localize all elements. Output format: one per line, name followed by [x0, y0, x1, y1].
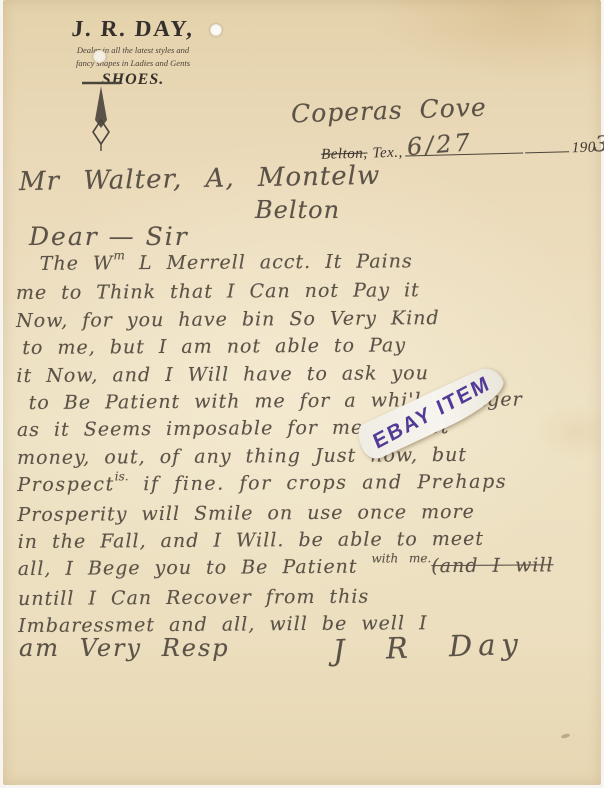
letterhead-tagline-line2: fancy shapes in Ladies and Gents: [53, 58, 213, 68]
letter-body: The Wm L Merrell acct. It Painsme to Thi…: [16, 247, 601, 641]
date-blank-line: 6/27: [405, 152, 523, 156]
recipient-place: Belton: [255, 196, 340, 224]
body-line: as it Seems imposable for me to Get: [17, 413, 599, 444]
body-line: untill I Can Recover from this: [18, 582, 600, 613]
handwritten-year-digit: 3: [593, 132, 604, 158]
recipient-name: Mr Walter, A, Montelw: [19, 161, 381, 197]
body-line: Prosperity will Smile on use once more: [17, 498, 599, 529]
hole-punch: [210, 24, 222, 36]
signature: J R Day: [332, 627, 524, 668]
paper-blemish: [93, 50, 106, 63]
letterhead: J. R. DAY, Dealer in all the latest styl…: [53, 16, 213, 89]
body-line: Now, for you have bin So Very Kind: [16, 304, 598, 335]
date-blank-line-2: [525, 151, 569, 153]
body-line: all, I Bege you to Be Patient with me.(a…: [18, 552, 600, 585]
body-line: money, out, of any thing Just now, but: [17, 441, 599, 472]
body-line: to me, but I am not able to Pay: [22, 331, 598, 362]
body-line: Prospectis. if fine. for crops and Preha…: [17, 468, 599, 501]
paper-speck: [561, 733, 571, 739]
letterhead-company-name: J. R. DAY,: [52, 16, 214, 42]
body-line: in the Fall, and I Will. be able to meet: [18, 525, 600, 556]
closing-text: am Very Resp: [19, 634, 230, 662]
letterhead-tagline-line1: Dealer in all the latest styles and: [53, 45, 213, 55]
handwritten-place: Coperas Cove: [291, 93, 488, 129]
letter-paper: J. R. DAY, Dealer in all the latest styl…: [3, 0, 601, 785]
handwritten-date: 6/27: [406, 128, 474, 161]
dateline: Belton, Tex., 6/27 190 3: [321, 132, 604, 164]
salutation: Dear — Sir: [29, 222, 189, 251]
closing-row: am Very Resp J R Day: [19, 634, 589, 662]
letterhead-ornament-icon: [81, 80, 121, 152]
body-line: The Wm L Merrell acct. It Pains: [40, 247, 598, 280]
body-line: to Be Patient with me for a whi'le Longe…: [29, 386, 599, 417]
letterhead-product: SHOES.: [53, 71, 213, 89]
body-line: it Now, and I Will have to ask you: [16, 359, 598, 390]
body-line: me to Think that I Can not Pay it: [16, 276, 598, 307]
printed-state: Tex.,: [372, 145, 403, 163]
